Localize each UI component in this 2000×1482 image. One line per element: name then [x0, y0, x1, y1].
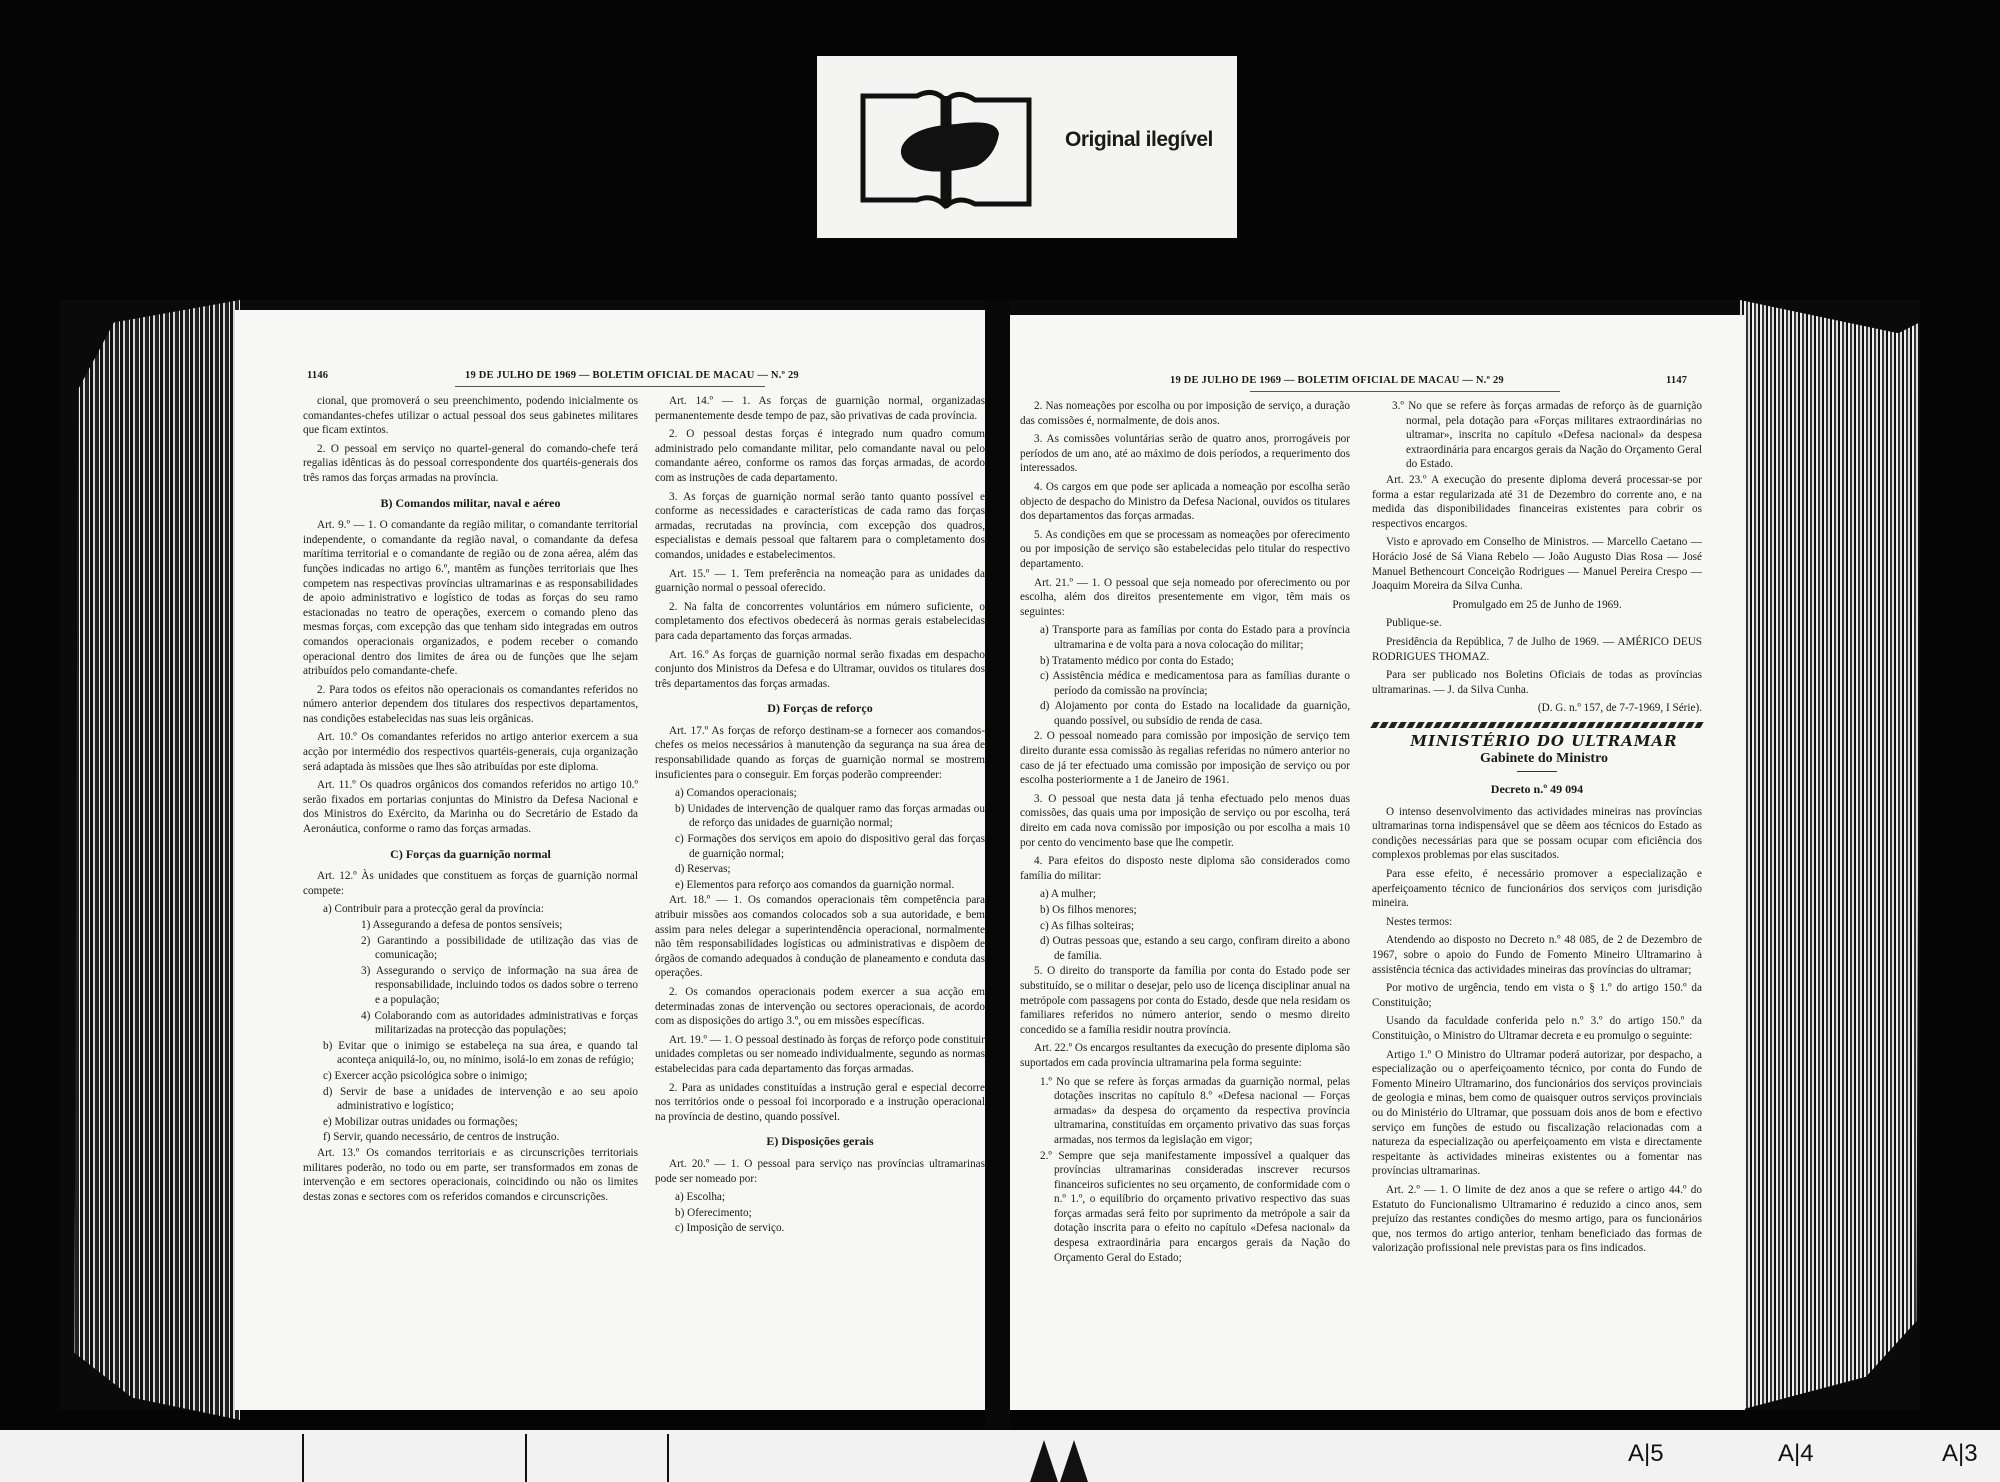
left-page: 1146 19 DE JULHO DE 1969 — BOLETIM OFICI… [235, 310, 985, 1410]
short-rule [1517, 771, 1557, 772]
paragraph: 3) Assegurando o serviço de informação n… [303, 964, 638, 1008]
paragraph: Gabinete do Ministro [1372, 752, 1702, 767]
paragraph: Art. 11.º Os quadros orgânicos dos coman… [303, 778, 638, 836]
right-page: 19 DE JULHO DE 1969 — BOLETIM OFICIAL DE… [1010, 315, 1745, 1410]
paragraph: 1) Assegurando a defesa de pontos sensív… [303, 918, 638, 933]
paragraph: cional, que promoverá o seu preenchiment… [303, 394, 638, 438]
paragraph: d) Reservas; [655, 862, 985, 877]
right-page-edges [1740, 300, 1920, 1410]
paragraph: 4) Colaborando com as autoridades admini… [303, 1009, 638, 1038]
section-heading: B) Comandos militar, naval e aéreo [303, 496, 638, 511]
paragraph: Por motivo de urgência, tendo em vista o… [1372, 981, 1702, 1010]
paragraph: Para esse efeito, é necessário promover … [1372, 867, 1702, 911]
running-head: 19 DE JULHO DE 1969 — BOLETIM OFICIAL DE… [1170, 375, 1504, 386]
left-page-column-2: Art. 14.º — 1. As forças de guarnição no… [655, 394, 985, 1237]
paragraph: Art. 17.º As forças de reforço destinam-… [655, 724, 985, 782]
paragraph: Promulgado em 25 de Junho de 1969. [1372, 598, 1702, 613]
paragraph: c) Formações dos serviços em apoio do di… [655, 832, 985, 861]
center-arrow-left-icon [1030, 1440, 1058, 1482]
paragraph: Art. 14.º — 1. As forças de guarnição no… [655, 394, 985, 423]
illegible-original-stamp: Original ilegível [817, 56, 1237, 238]
paragraph: c) As filhas solteiras; [1020, 919, 1350, 934]
paragraph: a) Contribuir para a protecção geral da … [303, 902, 638, 917]
book-gutter [985, 300, 1010, 1430]
paragraph: Art. 20.º — 1. O pessoal para serviço na… [655, 1157, 985, 1186]
paragraph: Nestes termos: [1372, 915, 1702, 930]
film-strip-margin [0, 1430, 2000, 1482]
paragraph: 4. Os cargos em que pode ser aplicada a … [1020, 480, 1350, 524]
paragraph: d) Alojamento por conta do Estado na loc… [1020, 699, 1350, 728]
paragraph: e) Elementos para reforço aos comandos d… [655, 878, 985, 893]
paragraph: Art. 21.º — 1. O pessoal que seja nomead… [1020, 576, 1350, 620]
paragraph: Presidência da República, 7 de Julho de … [1372, 635, 1702, 664]
film-mark: A|5 [1628, 1440, 1664, 1468]
paragraph: Atendendo ao disposto no Decreto n.º 48 … [1372, 933, 1702, 977]
paragraph: Art. 15.º — 1. Tem preferência na nomeaç… [655, 567, 985, 596]
paragraph: a) Transporte para as famílias por conta… [1020, 623, 1350, 652]
paragraph: b) Os filhos menores; [1020, 903, 1350, 918]
left-page-column-1: cional, que promoverá o seu preenchiment… [303, 394, 638, 1208]
paragraph: 1.º No que se refere às forças armadas d… [1020, 1075, 1350, 1148]
paragraph: 3. As comissões voluntárias serão de qua… [1020, 432, 1350, 476]
paragraph: Publique-se. [1372, 616, 1702, 631]
paragraph: Art. 10.º Os comandantes referidos no ar… [303, 730, 638, 774]
paragraph: 2. O pessoal destas forças é integrado n… [655, 427, 985, 485]
right-page-column-2: 3.º No que se refere às forças armadas d… [1372, 399, 1702, 1260]
paragraph: Art. 23.º A execução do presente diploma… [1372, 473, 1702, 531]
section-heading: C) Forças da guarnição normal [303, 847, 638, 862]
paragraph: 2. Nas nomeações por escolha ou por impo… [1020, 399, 1350, 428]
book-icon [857, 86, 1035, 214]
center-arrow-right-icon [1060, 1440, 1088, 1482]
paragraph: Para ser publicado nos Boletins Oficiais… [1372, 668, 1702, 697]
paragraph: 2) Garantindo a possibilidade de utiliza… [303, 934, 638, 963]
paragraph: Art. 16.º As forças de guarnição normal … [655, 648, 985, 692]
paragraph: 2. O pessoal nomeado para comissão por i… [1020, 729, 1350, 787]
paragraph: a) Comandos operacionais; [655, 786, 985, 801]
paragraph: Art. 13.º Os comandos territoriais e as … [303, 1146, 638, 1204]
paragraph: 2. Para as unidades constituídas a instr… [655, 1081, 985, 1125]
paragraph: Art. 12.º Às unidades que constituem as … [303, 869, 638, 898]
paragraph: a) A mulher; [1020, 887, 1350, 902]
film-tick [525, 1434, 527, 1482]
decorative-divider [1370, 722, 1703, 728]
paragraph: Art. 19.º — 1. O pessoal destinado às fo… [655, 1033, 985, 1077]
paragraph: Art. 18.º — 1. Os comandos operacionais … [655, 893, 985, 981]
running-head: 19 DE JULHO DE 1969 — BOLETIM OFICIAL DE… [465, 370, 799, 381]
paragraph: Visto e aprovado em Conselho de Ministro… [1372, 535, 1702, 593]
page-number: 1146 [307, 370, 328, 381]
paragraph: 3. As forças de guarnição normal serão t… [655, 490, 985, 563]
paragraph: Decreto n.º 49 094 [1372, 782, 1702, 797]
paragraph: c) Imposição de serviço. [655, 1221, 985, 1236]
paragraph: 2.º Sempre que seja manifestamente impos… [1020, 1149, 1350, 1266]
section-heading: E) Disposições gerais [655, 1134, 985, 1149]
paragraph: 2. Os comandos operacionais podem exerce… [655, 985, 985, 1029]
paragraph: d) Servir de base a unidades de interven… [303, 1085, 638, 1114]
paragraph: 2. Para todos os efeitos não operacionai… [303, 683, 638, 727]
paragraph: d) Outras pessoas que, estando a seu car… [1020, 934, 1350, 963]
paragraph: 3. O pessoal que nesta data já tenha efe… [1020, 792, 1350, 850]
film-mark: A|3 [1942, 1440, 1978, 1468]
paragraph: 2. Na falta de concorrentes voluntários … [655, 600, 985, 644]
paragraph: f) Servir, quando necessário, de centros… [303, 1130, 638, 1145]
paragraph: b) Unidades de intervenção de qualquer r… [655, 802, 985, 831]
paragraph: (D. G. n.º 157, de 7-7-1969, I Série). [1372, 701, 1702, 716]
section-heading: D) Forças de reforço [655, 701, 985, 716]
paragraph: Usando da faculdade conferida pelo n.º 3… [1372, 1014, 1702, 1043]
film-mark: A|4 [1778, 1440, 1814, 1468]
paragraph: O intenso desenvolvimento das actividade… [1372, 805, 1702, 863]
paragraph: Art. 22.º Os encargos resultantes da exe… [1020, 1041, 1350, 1070]
paragraph: Art. 9.º — 1. O comandante da região mil… [303, 518, 638, 679]
paragraph: 5. O direito do transporte da família po… [1020, 964, 1350, 1037]
paragraph: Artigo 1.º O Ministro do Ultramar poderá… [1372, 1048, 1702, 1179]
paragraph: 4. Para efeitos do disposto neste diplom… [1020, 854, 1350, 883]
paragraph: c) Exercer acção psicológica sobre o ini… [303, 1069, 638, 1084]
paragraph: 2. O pessoal em serviço no quartel-gener… [303, 442, 638, 486]
film-tick [302, 1434, 304, 1482]
paragraph: b) Tratamento médico por conta do Estado… [1020, 654, 1350, 669]
paragraph: a) Escolha; [655, 1190, 985, 1205]
paragraph: Art. 2.º — 1. O limite de dez anos a que… [1372, 1183, 1702, 1256]
stamp-text: Original ilegível [1065, 128, 1213, 152]
paragraph: 3.º No que se refere às forças armadas d… [1372, 399, 1702, 472]
paragraph: e) Mobilizar outras unidades ou formaçõe… [303, 1115, 638, 1130]
right-page-column-1: 2. Nas nomeações por escolha ou por impo… [1020, 399, 1350, 1266]
paragraph: b) Oferecimento; [655, 1206, 985, 1221]
paragraph: c) Assistência médica e medicamentosa pa… [1020, 669, 1350, 698]
paragraph: MINISTÉRIO DO ULTRAMAR [1372, 734, 1702, 749]
film-tick [667, 1434, 669, 1482]
paragraph: 5. As condições em que se processam as n… [1020, 528, 1350, 572]
page-number: 1147 [1666, 375, 1687, 386]
paragraph: b) Evitar que o inimigo se estabeleça na… [303, 1039, 638, 1068]
left-page-edges [60, 300, 240, 1420]
header-rule [1250, 391, 1560, 392]
header-rule [455, 386, 765, 387]
